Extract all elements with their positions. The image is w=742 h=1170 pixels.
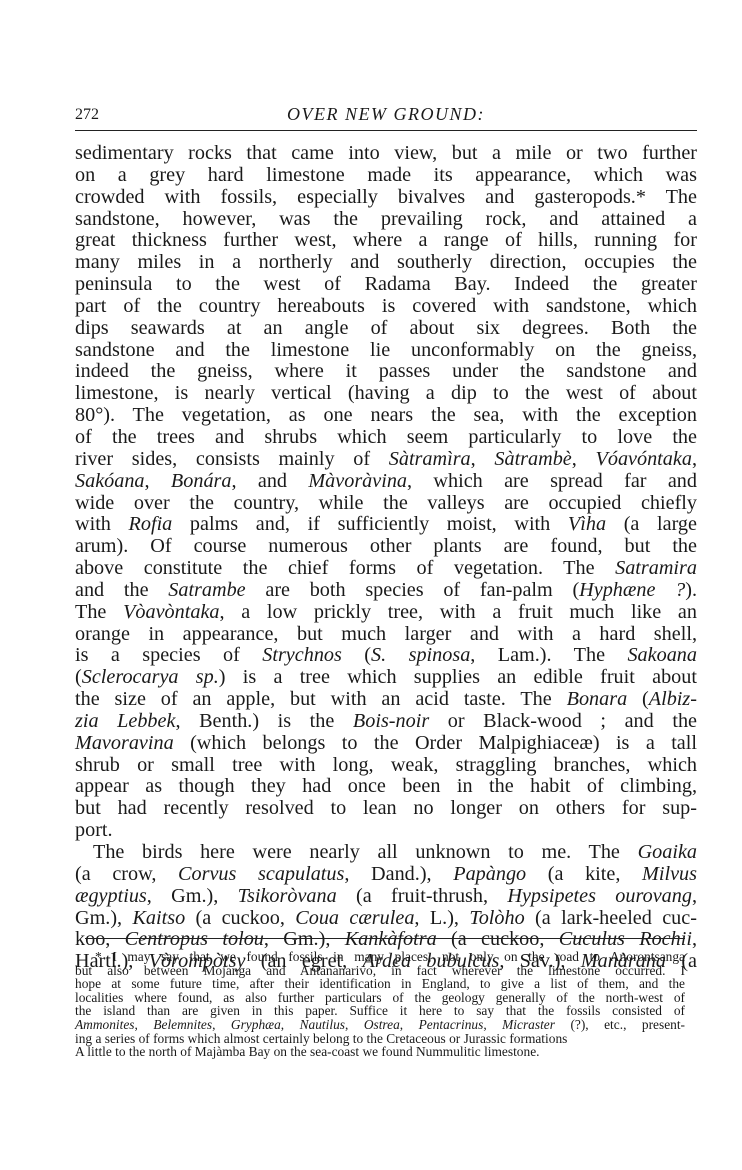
body-line: sandstone, however, was the prevailing r… — [75, 209, 697, 231]
text-run: orange in appearance, but much larger an… — [75, 623, 697, 645]
text-run: part of the country hereabouts is covere… — [75, 295, 697, 317]
text-run: peninsula to the west of Radama Bay. Ind… — [75, 273, 697, 295]
text-run: dips seawards at an angle of about six d… — [75, 317, 697, 339]
footnote-line: * I may say that we found fossils in man… — [75, 950, 685, 964]
text-run: crowded with fossils, especially bivalve… — [75, 186, 697, 208]
text-run: , — [572, 448, 596, 470]
text-run: arum). Of course numerous other plants a… — [75, 535, 697, 557]
footnote-line: A little to the north of Majàmba Bay on … — [75, 1045, 685, 1059]
body-line: river sides, consists mainly of Sàtramìr… — [75, 449, 697, 471]
text-run: (a cuckoo, — [437, 928, 559, 950]
body-line: arum). Of course numerous other plants a… — [75, 536, 697, 558]
header-rule — [75, 130, 697, 131]
footnote: * I may say that we found fossils in man… — [75, 950, 685, 1059]
text-run: of the trees and shrubs which seem parti… — [75, 426, 697, 448]
text-run: ( — [75, 666, 82, 688]
text-run: sandstone and the limestone lie unconfor… — [75, 339, 697, 361]
text-run: , Gm.), — [147, 885, 238, 907]
text-run: , — [692, 928, 697, 950]
body-line: shrub or small tree with long, weak, str… — [75, 755, 697, 777]
running-head: 272 OVER NEW GROUND: — [75, 104, 697, 126]
italic-term: zia Lebbek — [75, 710, 175, 732]
body-line: with Rofia palms and, if sufficiently mo… — [75, 514, 697, 536]
text-run: , Gm.), — [264, 928, 345, 950]
italic-term: Màvoràvina — [308, 470, 407, 492]
footnote-line: ing a series of forms which almost certa… — [75, 1032, 685, 1046]
italic-term: Kaitso — [132, 907, 185, 929]
text-run: appear as though they had once been in t… — [75, 775, 697, 797]
italic-term: Sakoana — [627, 644, 697, 666]
text-run: limestone, is nearly vertical (having a … — [75, 382, 697, 404]
text-run: ( — [342, 644, 371, 666]
text-run: (a large — [606, 513, 697, 535]
text-run: , Lam.). The — [470, 644, 627, 666]
italic-term: Satramira — [615, 557, 697, 579]
footnote-line: hope at some future time, after their id… — [75, 977, 685, 991]
italic-term: Kankàfotra — [345, 928, 437, 950]
text-run: (a fruit-thrush, — [337, 885, 508, 907]
italic-term: Hyphæne ? — [579, 579, 685, 601]
footnote-line: but also between Mojanga and Antananariv… — [75, 964, 685, 978]
text-run: , — [471, 448, 495, 470]
text-run: sedimentary rocks that came into view, b… — [75, 142, 697, 164]
body-line: koo, Centropus tolou, Gm.), Kankàfotra (… — [75, 929, 697, 951]
text-run: (?), etc., present- — [555, 1017, 685, 1032]
text-run: or Black-wood ; and the — [429, 710, 697, 732]
italic-term: Centropus tolou — [125, 928, 264, 950]
italic-term: Papàngo — [453, 863, 526, 885]
italic-term: Bois-noir — [353, 710, 429, 732]
italic-term: S. spinosa — [371, 644, 470, 666]
text-run: , — [692, 885, 697, 907]
text-run: The birds here were nearly all unknown t… — [93, 841, 638, 863]
italic-term: Albiz- — [649, 688, 697, 710]
italic-term: Vìha — [568, 513, 606, 535]
text-run: (a lark-heeled cuc- — [525, 907, 697, 929]
text-run: is a species of — [75, 644, 262, 666]
text-run: above constitute the chief forms of vege… — [75, 557, 615, 579]
text-run: sandstone, however, was the prevailing r… — [75, 208, 697, 230]
body-line: ægyptius, Gm.), Tsikoròvana (a fruit-thr… — [75, 886, 697, 908]
italic-term: Milvus — [642, 863, 697, 885]
text-run: , a low prickly tree, with a fruit much … — [220, 601, 697, 623]
footnote-rule — [85, 938, 685, 939]
text-run: (a cuckoo, — [185, 907, 295, 929]
body-line: the size of an apple, but with an acid t… — [75, 689, 697, 711]
text-run: , — [145, 470, 171, 492]
italic-term: Hypsipetes ourovang — [507, 885, 692, 907]
text-run: , — [692, 448, 697, 470]
body-line: (a crow, Corvus scapulatus, Dand.), Papà… — [75, 864, 697, 886]
italic-term: Coua cærulea — [295, 907, 414, 929]
italic-term: Sàtramìra — [389, 448, 471, 470]
italic-term: Rofia — [129, 513, 173, 535]
body-line: Sakóana, Bonára, and Màvoràvina, which a… — [75, 471, 697, 493]
body-line: is a species of Strychnos (S. spinosa, L… — [75, 645, 697, 667]
italic-term: Satrambe — [168, 579, 245, 601]
text-run: (a crow, — [75, 863, 178, 885]
text-run: A little to the north of Majàmba Bay on … — [75, 1044, 539, 1059]
body-line: Gm.), Kaitso (a cuckoo, Coua cærulea, L.… — [75, 908, 697, 930]
body-line: orange in appearance, but much larger an… — [75, 624, 697, 646]
text-run: (a kite, — [526, 863, 642, 885]
text-run: many miles in a northerly and southerly … — [75, 251, 697, 273]
italic-term: Vòavòntaka — [123, 601, 219, 623]
text-run: , Dand.), — [344, 863, 453, 885]
text-run: indeed the gneiss, where it passes under… — [75, 360, 697, 382]
text-run: Gm.), — [75, 907, 132, 929]
body-line: The Vòavòntaka, a low prickly tree, with… — [75, 602, 697, 624]
body-line: zia Lebbek, Benth.) is the Bois-noir or … — [75, 711, 697, 733]
italic-term: Goaika — [638, 841, 697, 863]
footnote-line: localities where found, as also further … — [75, 991, 685, 1005]
body-line: sedimentary rocks that came into view, b… — [75, 143, 697, 165]
italic-term: Corvus scapulatus — [178, 863, 344, 885]
body-line: The birds here were nearly all unknown t… — [75, 842, 697, 864]
footnote-line: Ammonites, Belemnites, Gryphæa, Nautilus… — [75, 1018, 685, 1032]
text-run: ). — [685, 579, 697, 601]
running-title: OVER NEW GROUND: — [75, 104, 697, 125]
text-run: The — [75, 601, 123, 623]
italic-term: Sàtrambè — [494, 448, 571, 470]
italic-term: Bonara — [567, 688, 628, 710]
text-run: palms and, if sufficiently moist, with — [172, 513, 568, 535]
text-run: , which are spread far and — [407, 470, 697, 492]
italic-term: Cuculus Rochii — [559, 928, 692, 950]
body-line: many miles in a northerly and southerly … — [75, 252, 697, 274]
footnote-line: the island than are given in this paper.… — [75, 1004, 685, 1018]
text-run: wide over the country, while the valleys… — [75, 492, 697, 514]
body-line: above constitute the chief forms of vege… — [75, 558, 697, 580]
italic-term: Sakóana — [75, 470, 145, 492]
text-run: the size of an apple, but with an acid t… — [75, 688, 567, 710]
text-run: 80°). The vegetation, as one nears the s… — [75, 404, 697, 426]
text-run: ) is a tree which supplies an edible fru… — [219, 666, 697, 688]
body-line: limestone, is nearly vertical (having a … — [75, 383, 697, 405]
italic-term: Strychnos — [262, 644, 342, 666]
body-text: sedimentary rocks that came into view, b… — [75, 143, 697, 973]
italic-term: ægyptius — [75, 885, 147, 907]
italic-term: Sclerocarya sp. — [82, 666, 219, 688]
body-line: port. — [75, 820, 697, 842]
body-line: 80°). The vegetation, as one nears the s… — [75, 405, 697, 427]
body-line: and the Satrambe are both species of fan… — [75, 580, 697, 602]
body-line: peninsula to the west of Radama Bay. Ind… — [75, 274, 697, 296]
italic-term: Tsikoròvana — [238, 885, 337, 907]
body-line: crowded with fossils, especially bivalve… — [75, 187, 697, 209]
italic-term: Vóavóntaka — [596, 448, 692, 470]
body-line: on a grey hard limestone made its appear… — [75, 165, 697, 187]
text-run: , Benth.) is the — [175, 710, 352, 732]
body-line: dips seawards at an angle of about six d… — [75, 318, 697, 340]
text-run: are both species of fan-palm ( — [246, 579, 580, 601]
body-line: of the trees and shrubs which seem parti… — [75, 427, 697, 449]
body-line: (Sclerocarya sp.) is a tree which suppli… — [75, 667, 697, 689]
text-run: on a grey hard limestone made its appear… — [75, 164, 697, 186]
text-run: ( — [627, 688, 649, 710]
body-line: part of the country hereabouts is covere… — [75, 296, 697, 318]
text-run: with — [75, 513, 129, 535]
body-line: sandstone and the limestone lie unconfor… — [75, 340, 697, 362]
body-line: wide over the country, while the valleys… — [75, 493, 697, 515]
body-line: but had recently resolved to lean no lon… — [75, 798, 697, 820]
text-run: shrub or small tree with long, weak, str… — [75, 754, 697, 776]
text-run: but had recently resolved to lean no lon… — [75, 797, 697, 819]
text-run: great thickness further west, where a ra… — [75, 229, 697, 251]
italic-term: Tolòho — [469, 907, 524, 929]
text-run: , L.), — [414, 907, 469, 929]
body-line: indeed the gneiss, where it passes under… — [75, 361, 697, 383]
text-run: port. — [75, 819, 113, 841]
text-run: koo, — [75, 928, 125, 950]
text-run: (which belongs to the Order Malpighiaceæ… — [174, 732, 697, 754]
text-run: river sides, consists mainly of — [75, 448, 389, 470]
italic-term: Mavoravina — [75, 732, 174, 754]
body-line: great thickness further west, where a ra… — [75, 230, 697, 252]
italic-term: Bonára — [171, 470, 232, 492]
body-line: appear as though they had once been in t… — [75, 776, 697, 798]
text-run: , and — [231, 470, 308, 492]
body-line: Mavoravina (which belongs to the Order M… — [75, 733, 697, 755]
text-run: and the — [75, 579, 168, 601]
